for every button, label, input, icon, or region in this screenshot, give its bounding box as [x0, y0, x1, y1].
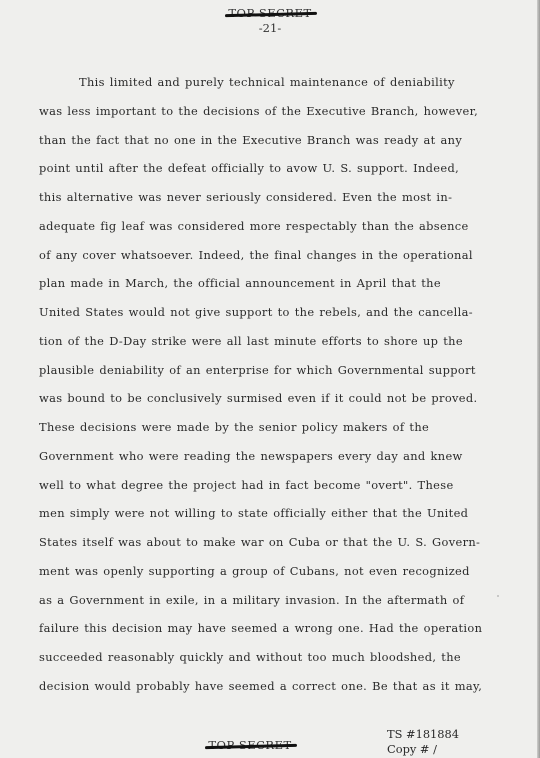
text-line: tion of the D-Day strike were all last m… [39, 327, 509, 356]
header-classification-struck: TOP SECRET [0, 6, 540, 20]
text-line: was less important to the decisions of t… [39, 97, 509, 126]
text-line: United States would not give support to … [39, 298, 509, 327]
text-line: this alternative was never seriously con… [39, 183, 509, 212]
paper-speck [497, 595, 499, 597]
text-line: point until after the defeat officially … [39, 154, 509, 183]
document-page: TOP SECRET -21- This limited and purely … [0, 0, 537, 758]
text-line: This limited and purely technical mainte… [39, 68, 509, 97]
body-paragraph: This limited and purely technical mainte… [39, 68, 509, 701]
text-line: plausible deniability of an enterprise f… [39, 356, 509, 385]
text-line: adequate fig leaf was considered more re… [39, 212, 509, 241]
text-line: as a Government in exile, in a military … [39, 586, 509, 615]
text-line: decision would probably have seemed a co… [39, 672, 509, 701]
text-line: States itself was about to make war on C… [39, 528, 509, 557]
classification-text: TOP SECRET [228, 6, 311, 20]
text-line: was bound to be conclusively surmised ev… [39, 384, 509, 413]
classification-text: TOP SECRET [208, 738, 291, 752]
text-line: ment was openly supporting a group of Cu… [39, 557, 509, 586]
text-line: men simply were not willing to state off… [39, 499, 509, 528]
footer-classification-struck: TOP SECRET [0, 738, 520, 752]
text-line: than the fact that no one in the Executi… [39, 126, 509, 155]
text-line: well to what degree the project had in f… [39, 471, 509, 500]
text-line: failure this decision may have seemed a … [39, 614, 509, 643]
text-line: succeeded reasonably quickly and without… [39, 643, 509, 672]
text-line: plan made in March, the official announc… [39, 269, 509, 298]
text-line: of any cover whatsoever. Indeed, the fin… [39, 241, 509, 270]
page-number: -21- [0, 21, 540, 35]
text-line: These decisions were made by the senior … [39, 413, 509, 442]
text-line: Government who were reading the newspape… [39, 442, 509, 471]
